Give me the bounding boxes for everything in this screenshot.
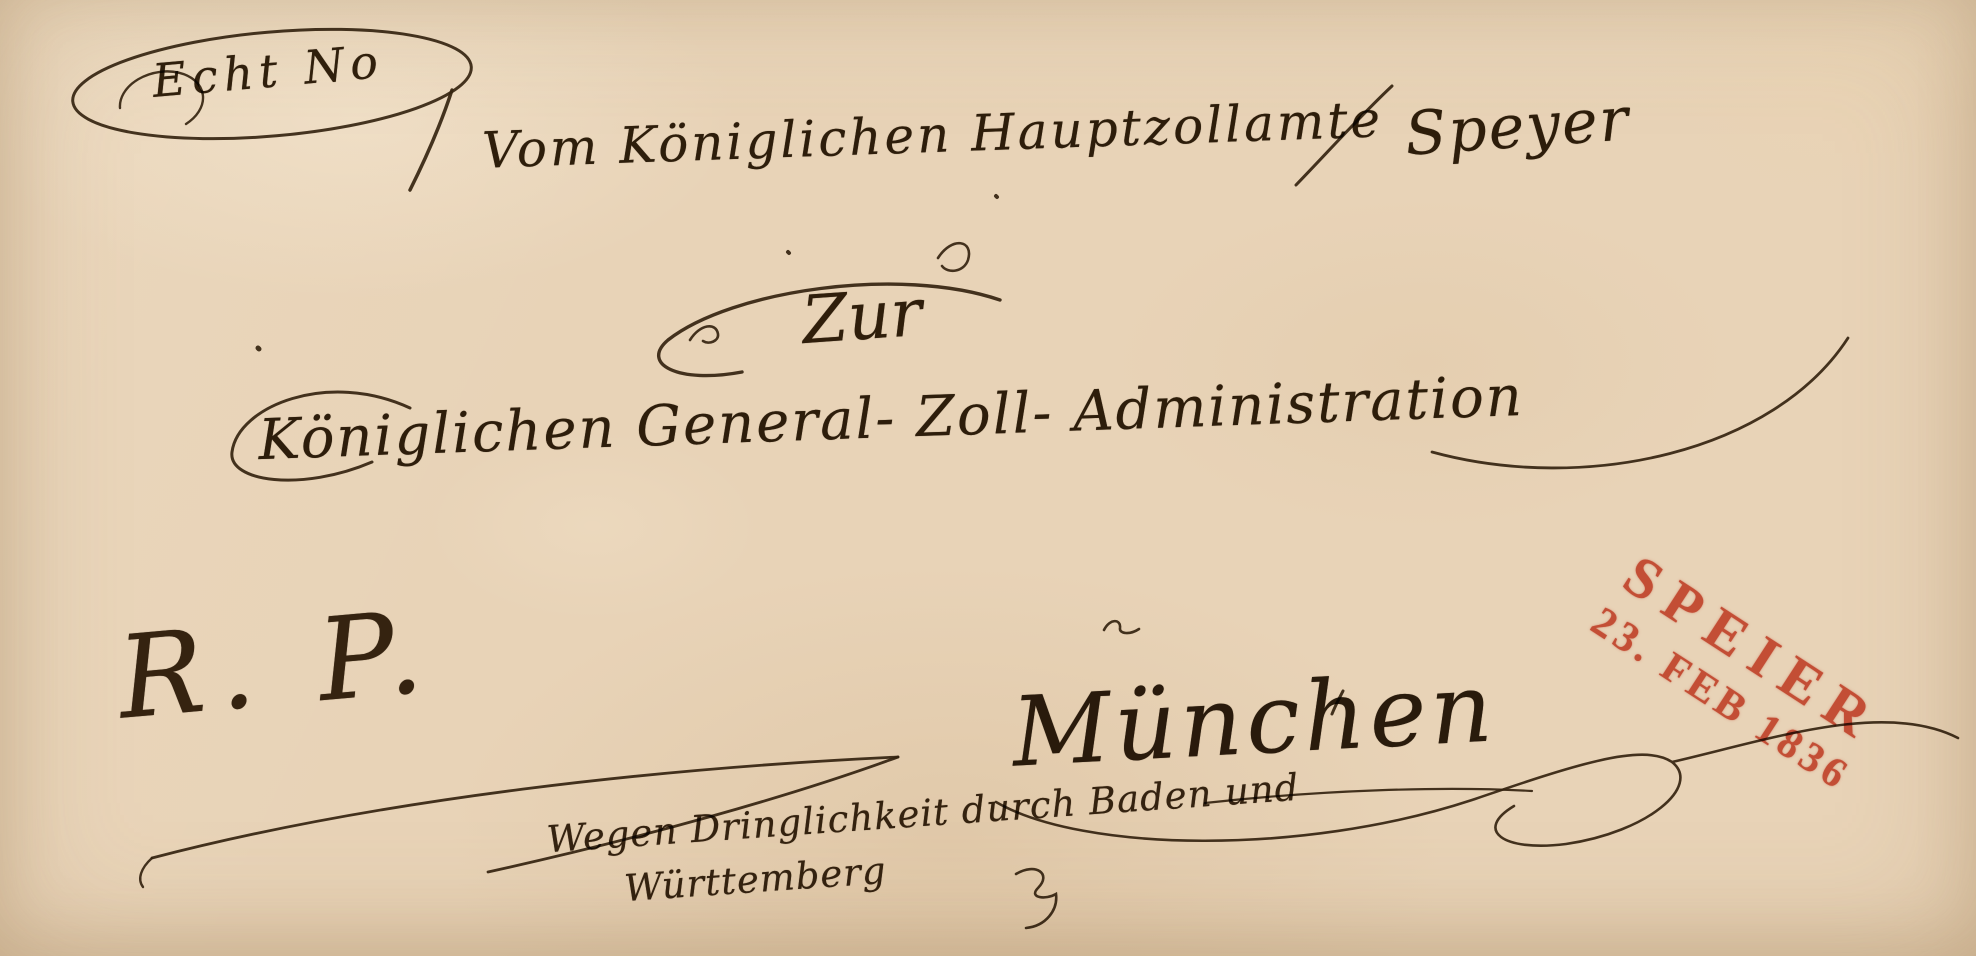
line3-end-flourish [1432,338,1848,468]
ink-dot-2 [996,196,997,197]
sender-city-slash [1296,86,1392,185]
muenchen-apostrophe [1332,691,1343,714]
muenchen-flourish [996,722,1958,845]
address-lead-slash [410,90,452,190]
ink-dot-1 [258,348,259,349]
endorsement-paraph-hook [140,858,152,887]
registry-oval-flourish [68,15,476,153]
line3-leadin-loop [232,392,410,480]
ink-dot-3 [788,252,789,253]
zur-top-curl [938,243,969,271]
line3-c-mark [690,326,718,342]
endorsement-paraph-lower [488,757,898,872]
ink-flourishes [0,0,1976,956]
zur-swash [659,284,1000,375]
letter-cover-scan: Echt No Vom Königlichen Hauptzollamte Sp… [0,0,1976,956]
registry-oval-inner-curl [120,71,203,124]
small-squiggle-mark [1104,621,1139,633]
wuerttemberg-curl [1016,869,1056,928]
endorsement-paraph-upper [152,757,898,858]
